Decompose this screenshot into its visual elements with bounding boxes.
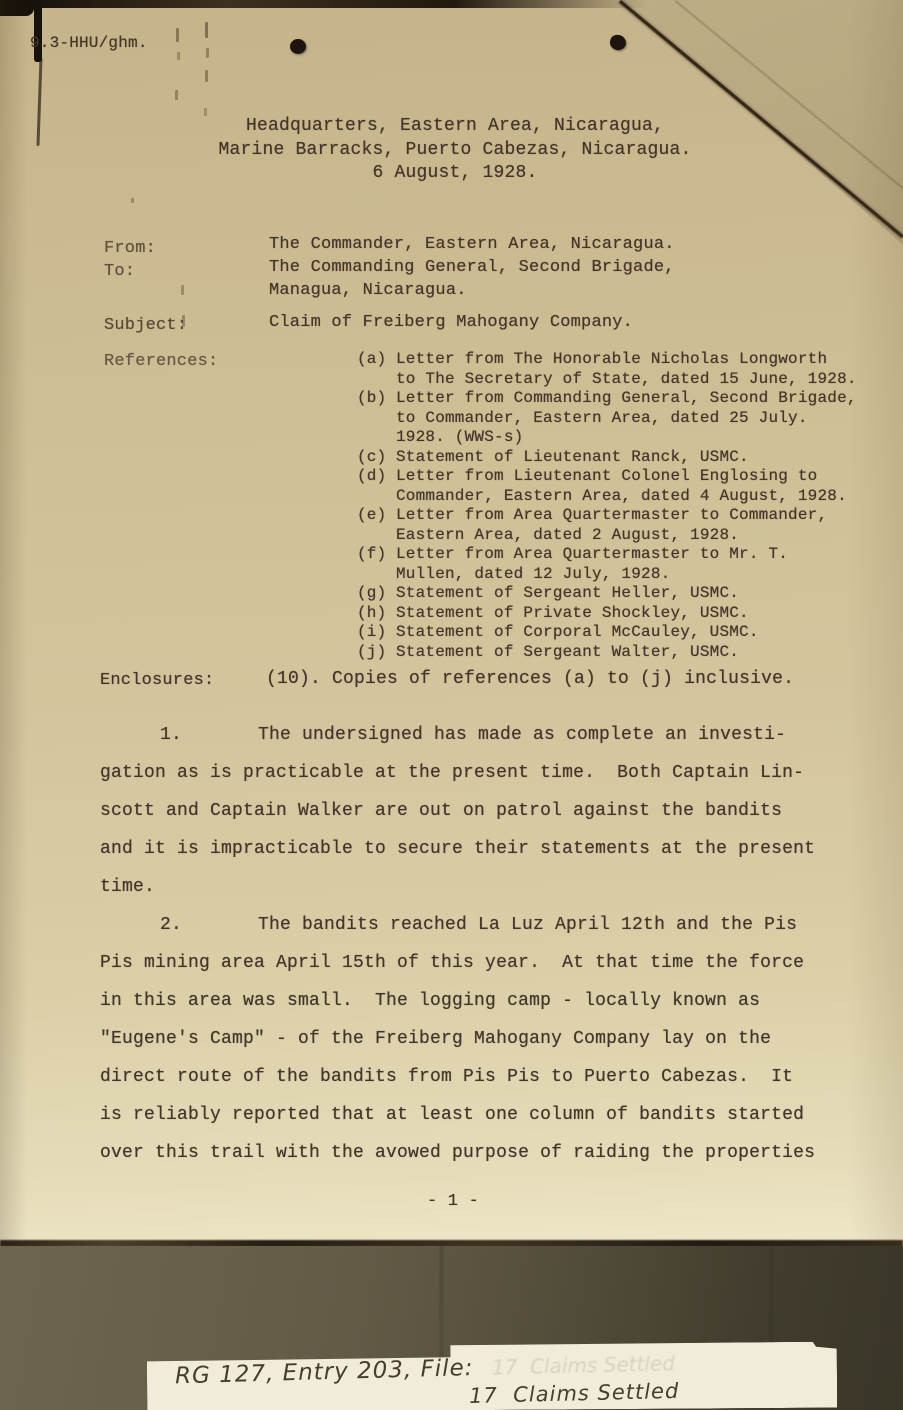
- reference-line: Letter from The Honorable Nicholas Longw…: [396, 350, 827, 368]
- folded-corner-edge: [619, 0, 903, 238]
- paragraph-line: scott and Captain Walker are out on patr…: [100, 801, 782, 821]
- letterhead: Headquarters, Eastern Area, Nicaragua, M…: [120, 115, 790, 186]
- reference-id: (e): [357, 506, 386, 524]
- reference-line: Letter from Lieutenant Colonel Englosing…: [396, 467, 817, 485]
- enclosures-value: (10). Copies of references (a) to (j) in…: [266, 669, 794, 689]
- paragraph-line: The undersigned has made as complete an …: [258, 725, 786, 745]
- ink-stroke-tail: [36, 58, 42, 146]
- ink-speck: [177, 52, 180, 60]
- paper-crease-line: [675, 0, 903, 238]
- reference-line: Commander, Eastern Area, dated 4 August,…: [396, 487, 847, 505]
- photographed-document: 9.3-HHU/ghm. Headquarters, Eastern Area,…: [0, 0, 903, 1410]
- reference-id: (i): [357, 623, 386, 641]
- ink-stroke-mark: [34, 0, 42, 62]
- reference-id: (b): [357, 389, 386, 407]
- paragraph-line: and it is impracticable to secure their …: [100, 839, 815, 859]
- subject-value: Claim of Freiberg Mahogany Company.: [269, 313, 633, 332]
- paragraph-line: is reliably reported that at least one c…: [100, 1105, 804, 1125]
- paragraph-line: gation as is practicable at the present …: [100, 763, 804, 783]
- hole-punch-right: [609, 34, 627, 52]
- enclosures-label: Enclosures:: [100, 671, 214, 690]
- ink-speck: [205, 22, 208, 38]
- paragraph-line: direct route of the bandits from Pis Pis…: [100, 1067, 793, 1087]
- reference-line: Statement of Corporal McCauley, USMC.: [396, 623, 759, 641]
- reference-id: (a): [357, 350, 386, 368]
- reference-line: Letter from Commanding General, Second B…: [396, 389, 857, 407]
- paragraph-number: 2.: [160, 915, 182, 935]
- paragraph-line: over this trail with the avowed purpose …: [100, 1143, 815, 1163]
- ink-speck: [206, 48, 209, 58]
- page-number: - 1 -: [427, 1192, 479, 1211]
- references-label: References:: [104, 352, 218, 371]
- ink-speck: [176, 28, 179, 42]
- reference-line: Statement of Lieutenant Ranck, USMC.: [396, 448, 749, 466]
- reference-id: (g): [357, 584, 386, 602]
- paragraph-line: Pis mining area April 15th of this year.…: [100, 953, 804, 973]
- letterhead-line: Headquarters, Eastern Area, Nicaragua,: [120, 115, 790, 139]
- paragraph-number: 1.: [160, 725, 182, 745]
- reference-line: to The Secretary of State, dated 15 June…: [396, 370, 857, 388]
- underlying-sheet-corner: [0, 0, 903, 300]
- reference-line: Statement of Private Shockley, USMC.: [396, 604, 749, 622]
- hole-punch-left: [290, 39, 306, 54]
- handwriting-bleedthrough: 17 Claims Settled: [492, 1351, 676, 1379]
- ink-speck: [175, 90, 178, 100]
- from-label: From:: [104, 239, 156, 258]
- to-value-line: The Commanding General, Second Brigade,: [269, 258, 675, 277]
- reference-id: (d): [357, 467, 386, 485]
- ink-speck: [204, 108, 207, 116]
- reference-line: Statement of Sergeant Walter, USMC.: [396, 643, 739, 661]
- ink-speck: [131, 198, 134, 203]
- reference-line: 1928. (WWS-s): [396, 428, 523, 446]
- reference-line: Mullen, dated 12 July, 1928.: [396, 565, 670, 583]
- letterhead-line: Marine Barracks, Puerto Cabezas, Nicarag…: [120, 139, 790, 163]
- scan-edge-shadow: [0, 0, 648, 8]
- from-value: The Commander, Eastern Area, Nicaragua.: [269, 235, 675, 254]
- paragraph-line: in this area was small. The logging camp…: [100, 991, 760, 1011]
- letterhead-line: 6 August, 1928.: [120, 162, 790, 186]
- to-value-line: Managua, Nicaragua.: [269, 281, 467, 300]
- scan-corner-mark: [0, 0, 34, 16]
- ink-speck: [182, 315, 185, 327]
- reference-line: Letter from Area Quartermaster to Comman…: [396, 506, 827, 524]
- to-label: To:: [104, 262, 135, 281]
- reference-line: Statement of Sergeant Heller, USMC.: [396, 584, 739, 602]
- reference-line: Letter from Area Quartermaster to Mr. T.: [396, 545, 788, 563]
- ink-speck: [181, 285, 184, 295]
- ink-speck: [205, 70, 208, 82]
- reference-line: to Commander, Eastern Area, dated 25 Jul…: [396, 409, 808, 427]
- paragraph-line: The bandits reached La Luz April 12th an…: [258, 915, 797, 935]
- letter-page: 9.3-HHU/ghm. Headquarters, Eastern Area,…: [0, 0, 903, 1248]
- reference-id: (f): [357, 545, 386, 563]
- paragraph-line: "Eugene's Camp" - of the Freiberg Mahoga…: [100, 1029, 771, 1049]
- handwritten-file-title: 17 Claims Settled: [469, 1379, 680, 1408]
- reference-id: (j): [357, 643, 386, 661]
- subject-label: Subject:: [104, 316, 187, 335]
- reference-line: Eastern Area, dated 2 August, 1928.: [396, 526, 739, 544]
- paragraph-line: time.: [100, 877, 155, 897]
- file-code: 9.3-HHU/ghm.: [30, 34, 148, 52]
- reference-id: (c): [357, 448, 386, 466]
- reference-id: (h): [357, 604, 386, 622]
